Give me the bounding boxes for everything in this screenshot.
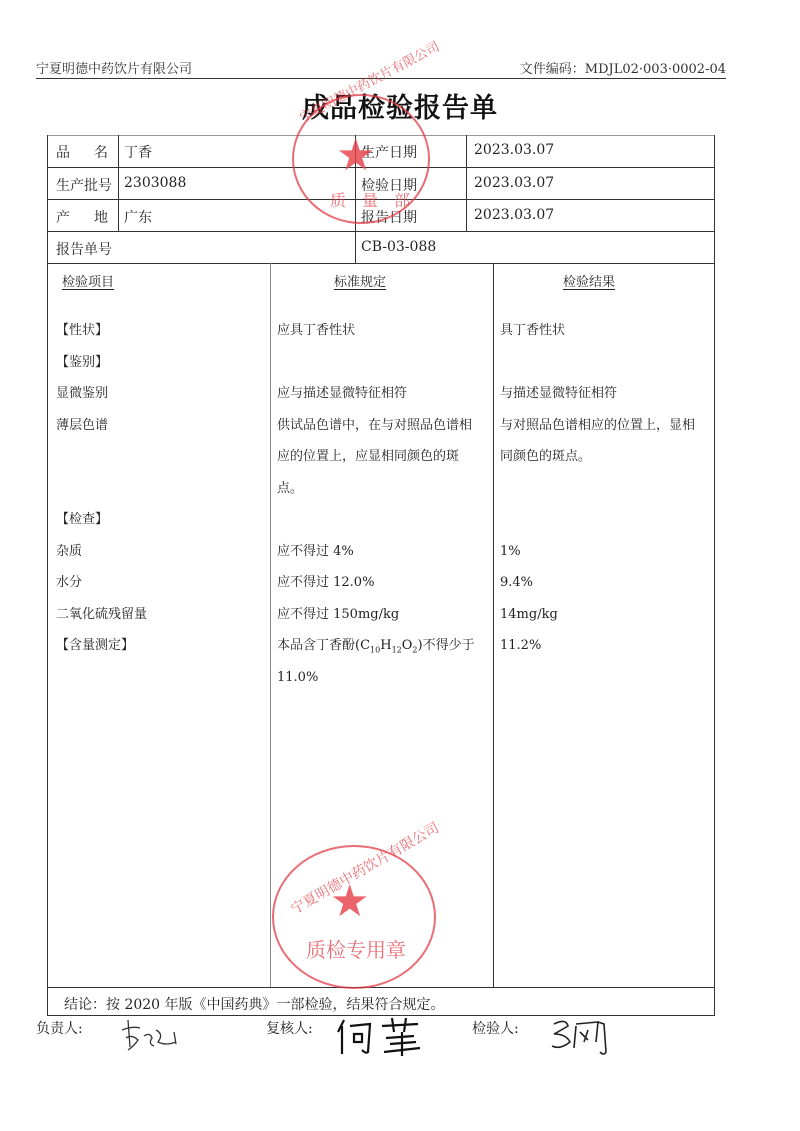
column-header-standard: 标准规定 [334,271,386,290]
company-name: 宁夏明德中药饮片有限公司 [36,58,192,77]
row-item: 薄层色谱 [56,410,108,442]
conclusion: 结论：按 2020 年版《中国药典》一部检验，结果符合规定。 [64,994,445,1014]
row-standard: 点。 [277,473,303,505]
report-date-value: 2023.03.07 [474,207,554,223]
row-result: 同颜色的斑点。 [500,441,591,473]
product-name-label: 品名 [56,142,132,162]
row-result: 9.4% [500,567,533,599]
row-item: 【检查】 [56,504,108,536]
report-date-label: 报告日期 [361,207,417,227]
batch-label: 生产批号 [56,175,112,195]
reviewer-signature [332,1012,432,1057]
row-result: 具丁香性状 [500,315,565,347]
header-divider [36,78,726,79]
row-standard: 应不得过 12.0% [277,567,374,599]
product-name-value: 丁香 [124,142,152,162]
row-standard: 应具丁香性状 [277,315,355,347]
row-item: 显微鉴别 [56,378,108,410]
column-header-result: 检验结果 [563,271,615,290]
row-item: 水分 [56,567,82,599]
document-code: 文件编码：MDJL02·003·0002-04 [520,58,726,77]
production-date-label: 生产日期 [361,142,417,162]
origin-value: 广东 [124,207,152,227]
report-no-value: CB-03-088 [361,239,436,255]
row-item: 杂质 [56,536,82,568]
row-result: 14mg/kg [500,599,558,631]
origin-label: 产地 [56,207,132,227]
inspector-label: 检验人: [472,1018,519,1038]
production-date-value: 2023.03.07 [474,142,554,158]
report-no-label: 报告单号 [56,239,112,259]
row-standard: 应不得过 4% [277,536,354,568]
row-standard: 应不得过 150mg/kg [277,599,399,631]
row-item: 【鉴别】 [56,347,108,379]
responsible-label: 负责人: [36,1018,83,1038]
row-standard: 应与描述显微特征相符 [277,378,407,410]
row-result: 11.2% [500,630,541,662]
inspector-signature [548,1012,628,1057]
row-result: 与描述显微特征相符 [500,378,617,410]
responsible-signature [118,1012,188,1057]
row-result: 与对照品色谱相应的位置上，显相 [500,410,695,442]
row-standard: 11.0% [277,662,318,694]
row-standard: 应的位置上，应显相同颜色的斑 [277,441,459,473]
reviewer-label: 复核人: [266,1018,313,1038]
row-item: 二氧化硫残留量 [56,599,147,631]
batch-value: 2303088 [124,175,186,191]
inspection-date-value: 2023.03.07 [474,175,554,191]
column-header-item: 检验项目 [62,271,114,290]
inspection-date-label: 检验日期 [361,175,417,195]
page-title: 成品检验报告单 [0,86,800,125]
row-item: 【含量测定】 [56,630,134,662]
row-item: 【性状】 [56,315,108,347]
row-standard: 供试品色谱中，在与对照品色谱相 [277,410,472,442]
row-result: 1% [500,536,521,568]
